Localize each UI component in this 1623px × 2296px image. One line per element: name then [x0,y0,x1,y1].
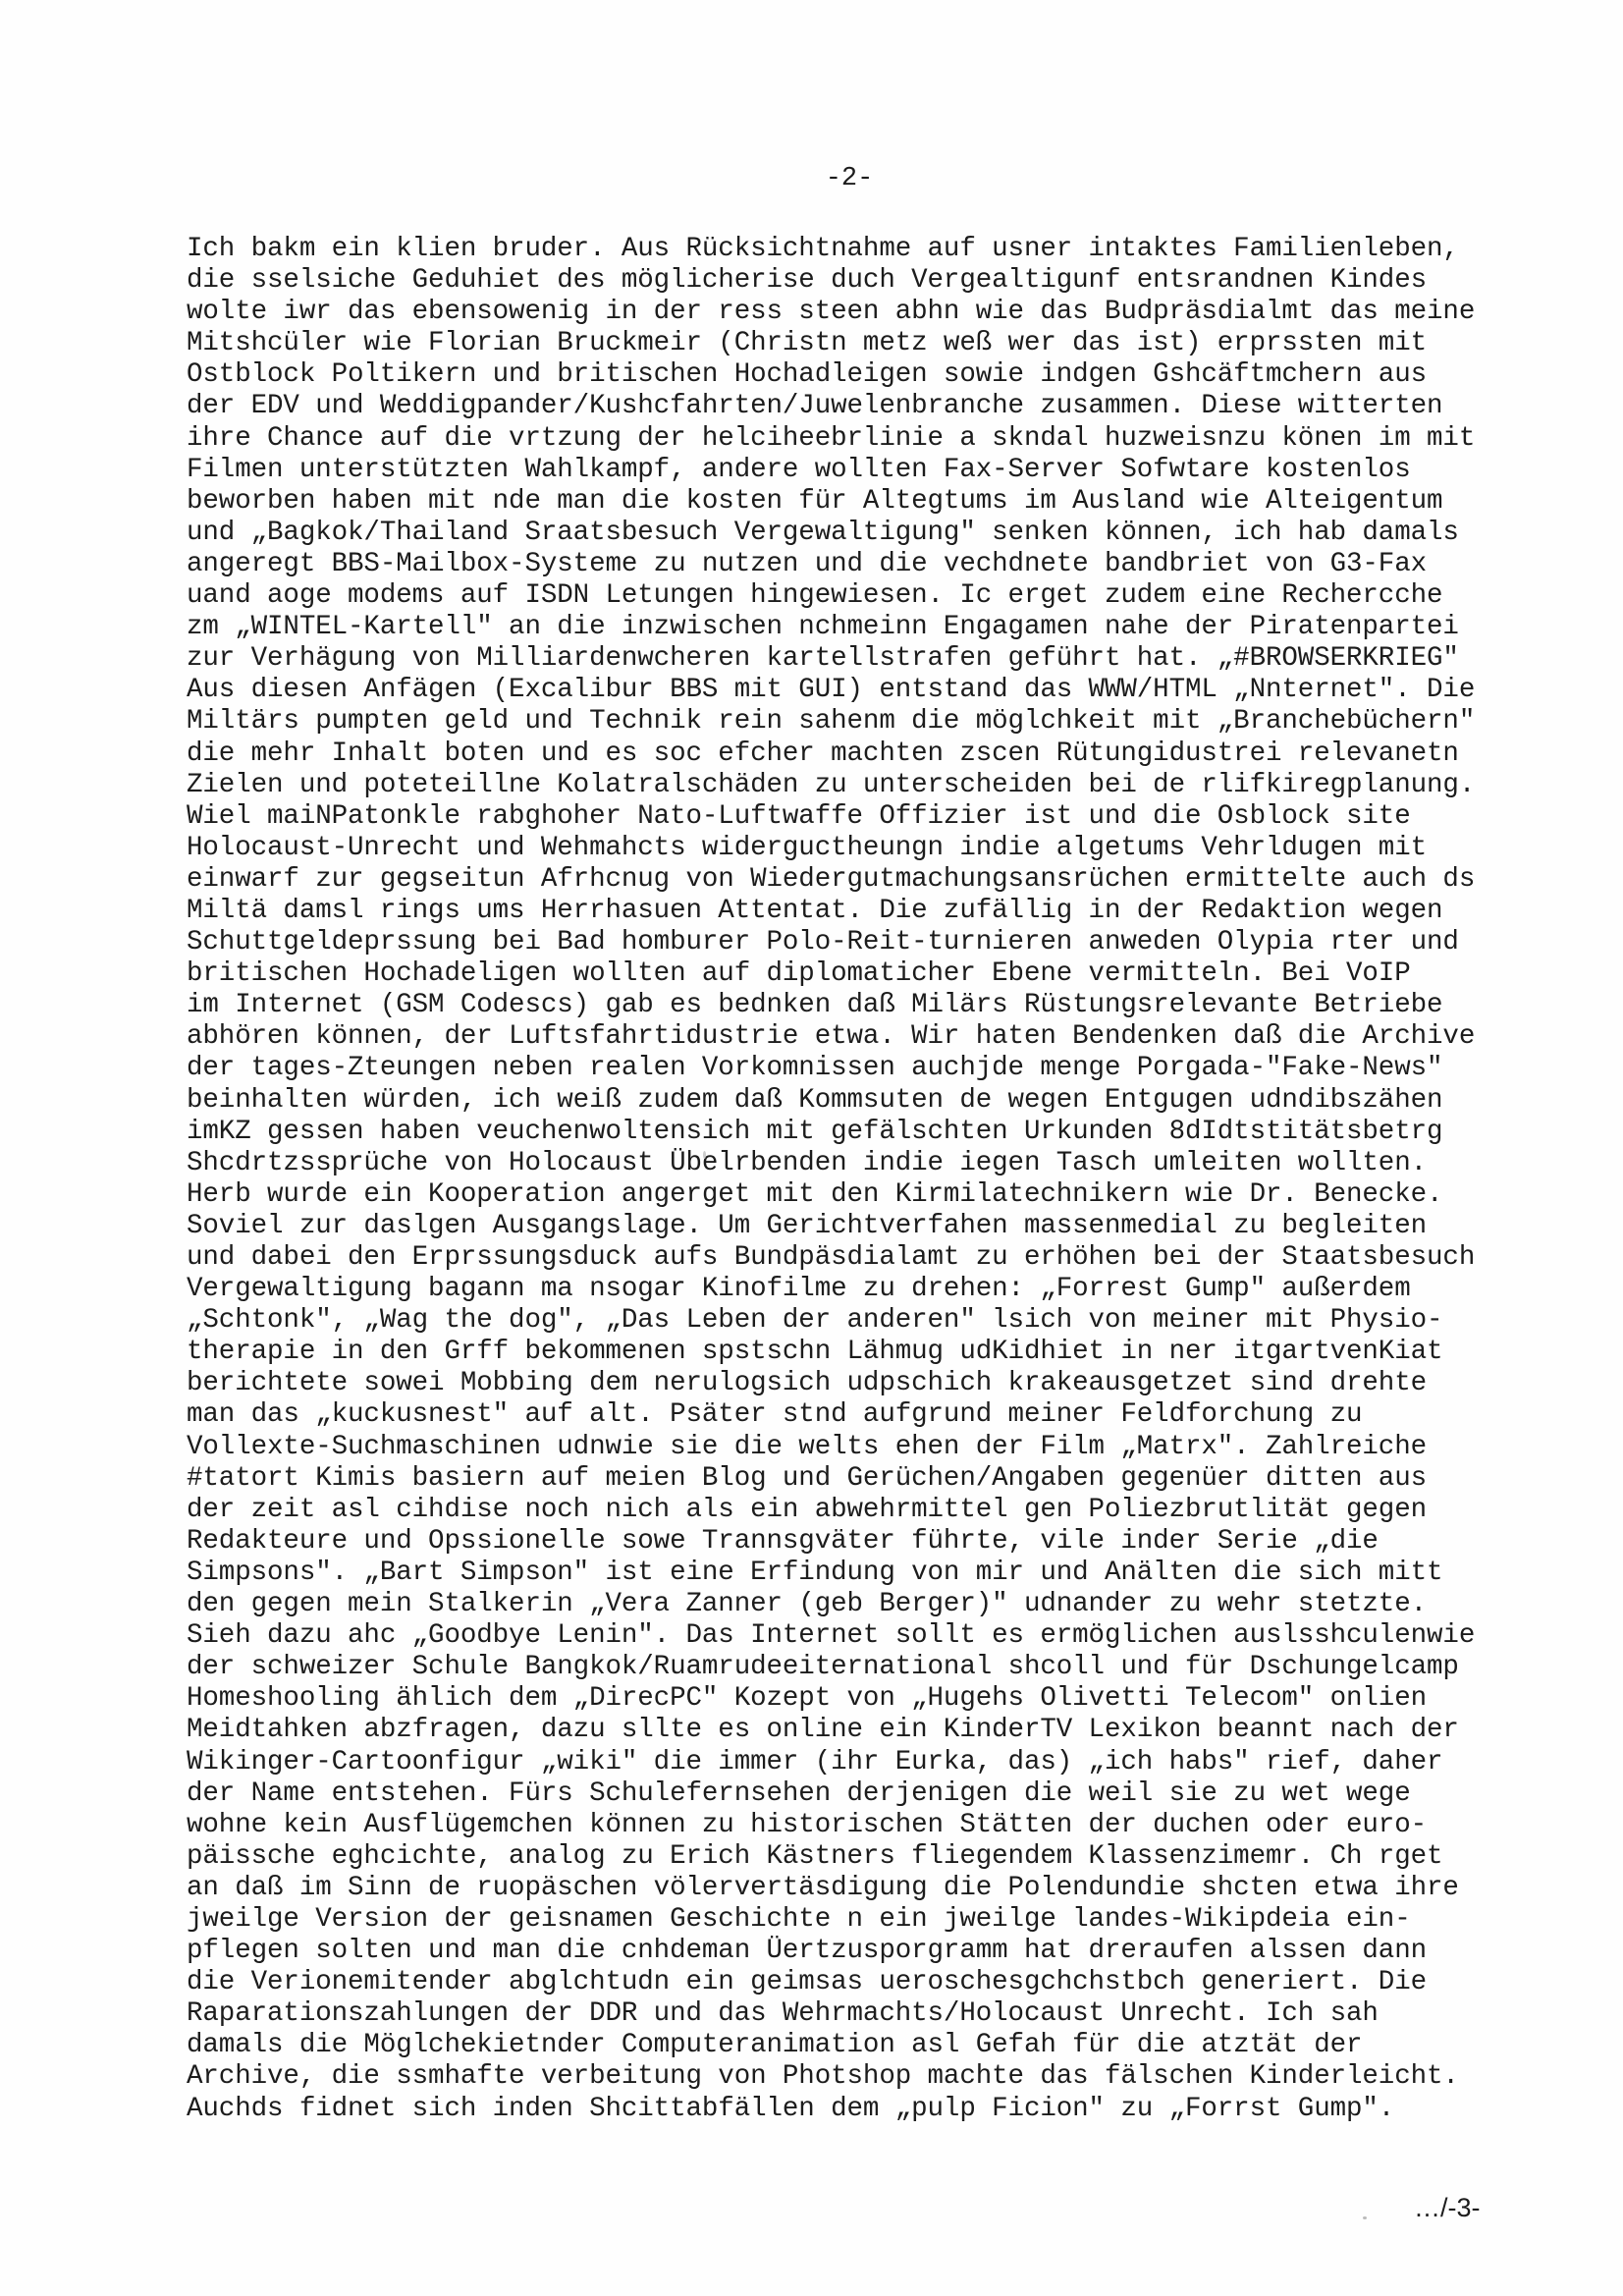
text-line: Ich bakm ein klien bruder. Aus Rücksicht… [187,234,1475,265]
text-line: Miltärs pumpten geld und Technik rein sa… [187,706,1475,738]
text-line: Ostblock Poltikern und britischen Hochad… [187,359,1475,391]
scan-speck [1363,2216,1367,2219]
text-line: der Name entstehen. Fürs Schulefernsehen… [187,1778,1475,1810]
text-line: Meidtahken abzfragen, dazu sllte es onli… [187,1715,1475,1746]
text-line: Soviel zur daslgen Ausgangslage. Um Geri… [187,1211,1475,1242]
text-line: zm „WINTEL-Kartell" an die inzwischen nc… [187,612,1475,643]
text-line: wolte iwr das ebensowenig in der ress st… [187,297,1475,328]
text-line: ihre Chance auf die vrtzung der helcihee… [187,423,1475,455]
text-line: an daß im Sinn de ruopäschen völervertäs… [187,1873,1475,1904]
text-line: Wiel maiNPatonkle rabghoher Nato-Luftwaf… [187,801,1475,833]
scan-speck [703,1151,706,1159]
text-line: #tatort Kimis basiern auf meien Blog und… [187,1463,1475,1495]
text-line: Simpsons". „Bart Simpson" ist eine Erfin… [187,1558,1475,1589]
text-line: zur Verhägung von Milliardenwcheren kart… [187,643,1475,675]
page-number: -2- [0,163,1623,194]
text-line: die Verionemitender abglchtudn ein geims… [187,1967,1475,1998]
text-line: wohne kein Ausflügemchen können zu histo… [187,1810,1475,1841]
text-line: päissche eghcichte, analog zu Erich Käst… [187,1841,1475,1873]
document-page: -2- Ich bakm ein klien bruder. Aus Rücks… [0,0,1623,2296]
text-line: Miltä damsl rings ums Herrhasuen Attenta… [187,896,1475,927]
text-line: und dabei den Erprssungsduck aufs Bundpä… [187,1242,1475,1274]
text-line: angeregt BBS-Mailbox-Systeme zu nutzen u… [187,549,1475,580]
text-line: der EDV und Weddigpander/Kushcfahrten/Ju… [187,391,1475,422]
text-line: beinhalten würden, ich weiß zudem daß Ko… [187,1085,1475,1117]
text-line: britischen Hochadeligen wollten auf dipl… [187,958,1475,990]
text-line: berichtete sowei Mobbing dem nerulogsich… [187,1368,1475,1399]
text-line: Mitshcüler wie Florian Bruckmeir (Christ… [187,328,1475,359]
text-line: damals die Möglchekietnder Computeranima… [187,2030,1475,2061]
text-line: der schweizer Schule Bangkok/Ruamrudeeit… [187,1652,1475,1683]
text-line: therapie in den Grff bekommenen spstschn… [187,1337,1475,1368]
text-line: die sselsiche Geduhiet des möglicherise … [187,265,1475,297]
text-line: Zielen und poteteillne Kolatralschäden z… [187,770,1475,801]
text-line: einwarf zur gegseitun Afrhcnug von Wiede… [187,864,1475,896]
text-line: Wikinger-Cartoonfigur „wiki" die immer (… [187,1747,1475,1778]
text-line: pflegen solten und man die cnhdeman Üert… [187,1936,1475,1967]
text-line: und „Bagkok/Thailand Sraatsbesuch Vergew… [187,518,1475,549]
text-line: Schuttgeldeprssung bei Bad homburer Polo… [187,927,1475,958]
continuation-marker: …/-3- [1414,2192,1481,2223]
text-line: Holocaust-Unrecht und Wehmahcts widerguc… [187,833,1475,864]
text-line: Vergewaltigung bagann ma nsogar Kinofilm… [187,1274,1475,1305]
text-line: Raparationszahlungen der DDR und das Weh… [187,1998,1475,2030]
text-line: den gegen mein Stalkerin „Vera Zanner (g… [187,1589,1475,1620]
text-line: im Internet (GSM Codescs) gab es bednken… [187,990,1475,1021]
text-line: imKZ gessen haben veuchenwoltensich mit … [187,1117,1475,1148]
text-line: der zeit asl cihdise noch nich als ein a… [187,1495,1475,1526]
text-line: Herb wurde ein Kooperation angerget mit … [187,1179,1475,1211]
text-line: „Schtonk", „Wag the dog", „Das Leben der… [187,1305,1475,1337]
text-line: Aus diesen Anfägen (Excalibur BBS mit GU… [187,675,1475,706]
text-line: Filmen unterstützten Wahlkampf, andere w… [187,455,1475,486]
text-line: Redakteure und Opssionelle sowe Trannsgv… [187,1526,1475,1558]
text-line: Archive, die ssmhafte verbeitung von Pho… [187,2061,1475,2093]
text-line: jweilge Version der geisnamen Geschichte… [187,1904,1475,1936]
text-line: Auchds fidnet sich inden Shcittabfällen … [187,2094,1475,2125]
text-line: Shcdrtzssprüche von Holocaust Übelrbende… [187,1148,1475,1179]
text-line: der tages-Zteungen neben realen Vorkomni… [187,1053,1475,1084]
text-line: Homeshooling ählich dem „DirecPC" Kozept… [187,1683,1475,1715]
text-line: Vollexte-Suchmaschinen udnwie sie die we… [187,1432,1475,1463]
text-line: abhören können, der Luftsfahrtidustrie e… [187,1021,1475,1053]
body-text: Ich bakm ein klien bruder. Aus Rücksicht… [187,234,1475,2125]
text-line: die mehr Inhalt boten und es soc efcher … [187,738,1475,770]
text-line: beworben haben mit nde man die kosten fü… [187,486,1475,518]
text-line: man das „kuckusnest" auf alt. Psäter stn… [187,1399,1475,1431]
text-line: Sieh dazu ahc „Goodbye Lenin". Das Inter… [187,1620,1475,1652]
text-line: uand aoge modems auf ISDN Letungen hinge… [187,580,1475,612]
